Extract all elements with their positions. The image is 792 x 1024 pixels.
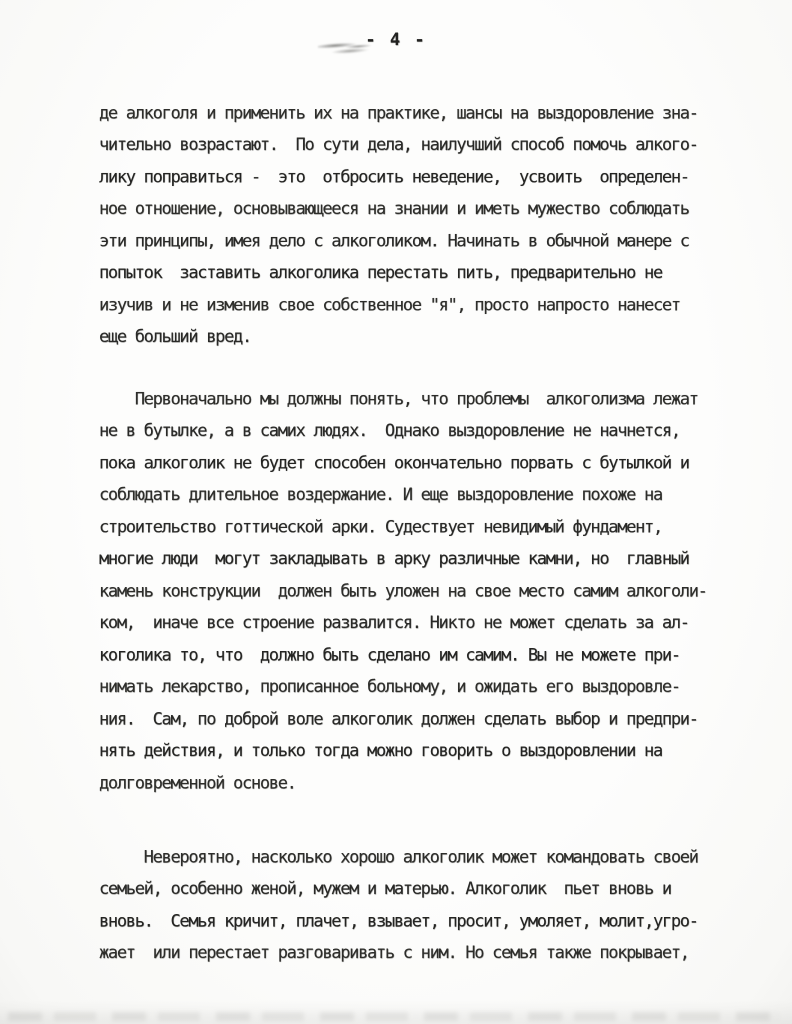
text-line: строительство готтической арки. Судеству… <box>99 511 729 543</box>
text-line: камень конструкции должен быть уложен на… <box>99 575 729 607</box>
text-line: Невероятно, насколько хорошо алкоголик м… <box>99 841 729 873</box>
text-line: чительно возрастают. По сути дела, наилу… <box>99 129 729 161</box>
text-line: долговременной основе. <box>99 767 729 799</box>
text-line: нимать лекарство, прописанное больному, … <box>99 671 729 703</box>
text-line: вновь. Семья кричит, плачет, взывает, пр… <box>99 905 729 937</box>
text-line: жает или перестает разговаривать с ним. … <box>99 937 729 969</box>
text-line: Первоначально мы должны понять, что проб… <box>99 383 729 415</box>
text-line: многие люди могут закладывать в арку раз… <box>99 543 729 575</box>
text-line: лику поправиться - это отбросить неведен… <box>99 161 729 193</box>
text-line: попыток заставить алкоголика перестать п… <box>99 257 729 289</box>
page-bottom-shading <box>0 1000 792 1024</box>
text-line: не в бутылке, а в самих людях. Однако вы… <box>99 415 729 447</box>
document-body: де алкоголя и применить их на практике, … <box>99 97 729 969</box>
paragraph: де алкоголя и применить их на практике, … <box>99 97 729 353</box>
show-through-ghost-text <box>8 1012 780 1021</box>
text-line: де алкоголя и применить их на практике, … <box>99 97 729 129</box>
text-line: ное отношение, основывающееся на знании … <box>99 193 729 225</box>
paragraph: Невероятно, насколько хорошо алкоголик м… <box>99 841 729 969</box>
text-line: еще больший вред. <box>99 321 729 353</box>
page-number: - 4 - <box>0 30 792 50</box>
text-line: коголика то, что должно быть сделано им … <box>99 639 729 671</box>
text-line: изучив и не изменив свое собственное "я"… <box>99 289 729 321</box>
text-line: нять действия, и только тогда можно гово… <box>99 735 729 767</box>
text-line: соблюдать длительное воздержание. И еще … <box>99 479 729 511</box>
text-line: ния. Сам, по доброй воле алкоголик долже… <box>99 703 729 735</box>
text-line: эти принципы, имея дело с алкоголиком. Н… <box>99 225 729 257</box>
text-line: пока алкоголик не будет способен окончат… <box>99 447 729 479</box>
text-line: семьей, особенно женой, мужем и матерью.… <box>99 873 729 905</box>
scanned-document-page: - 4 - де алкоголя и применить их на прак… <box>0 0 792 1024</box>
paragraph: Первоначально мы должны понять, что проб… <box>99 383 729 799</box>
text-line: ком, иначе все строение развалится. Никт… <box>99 607 729 639</box>
